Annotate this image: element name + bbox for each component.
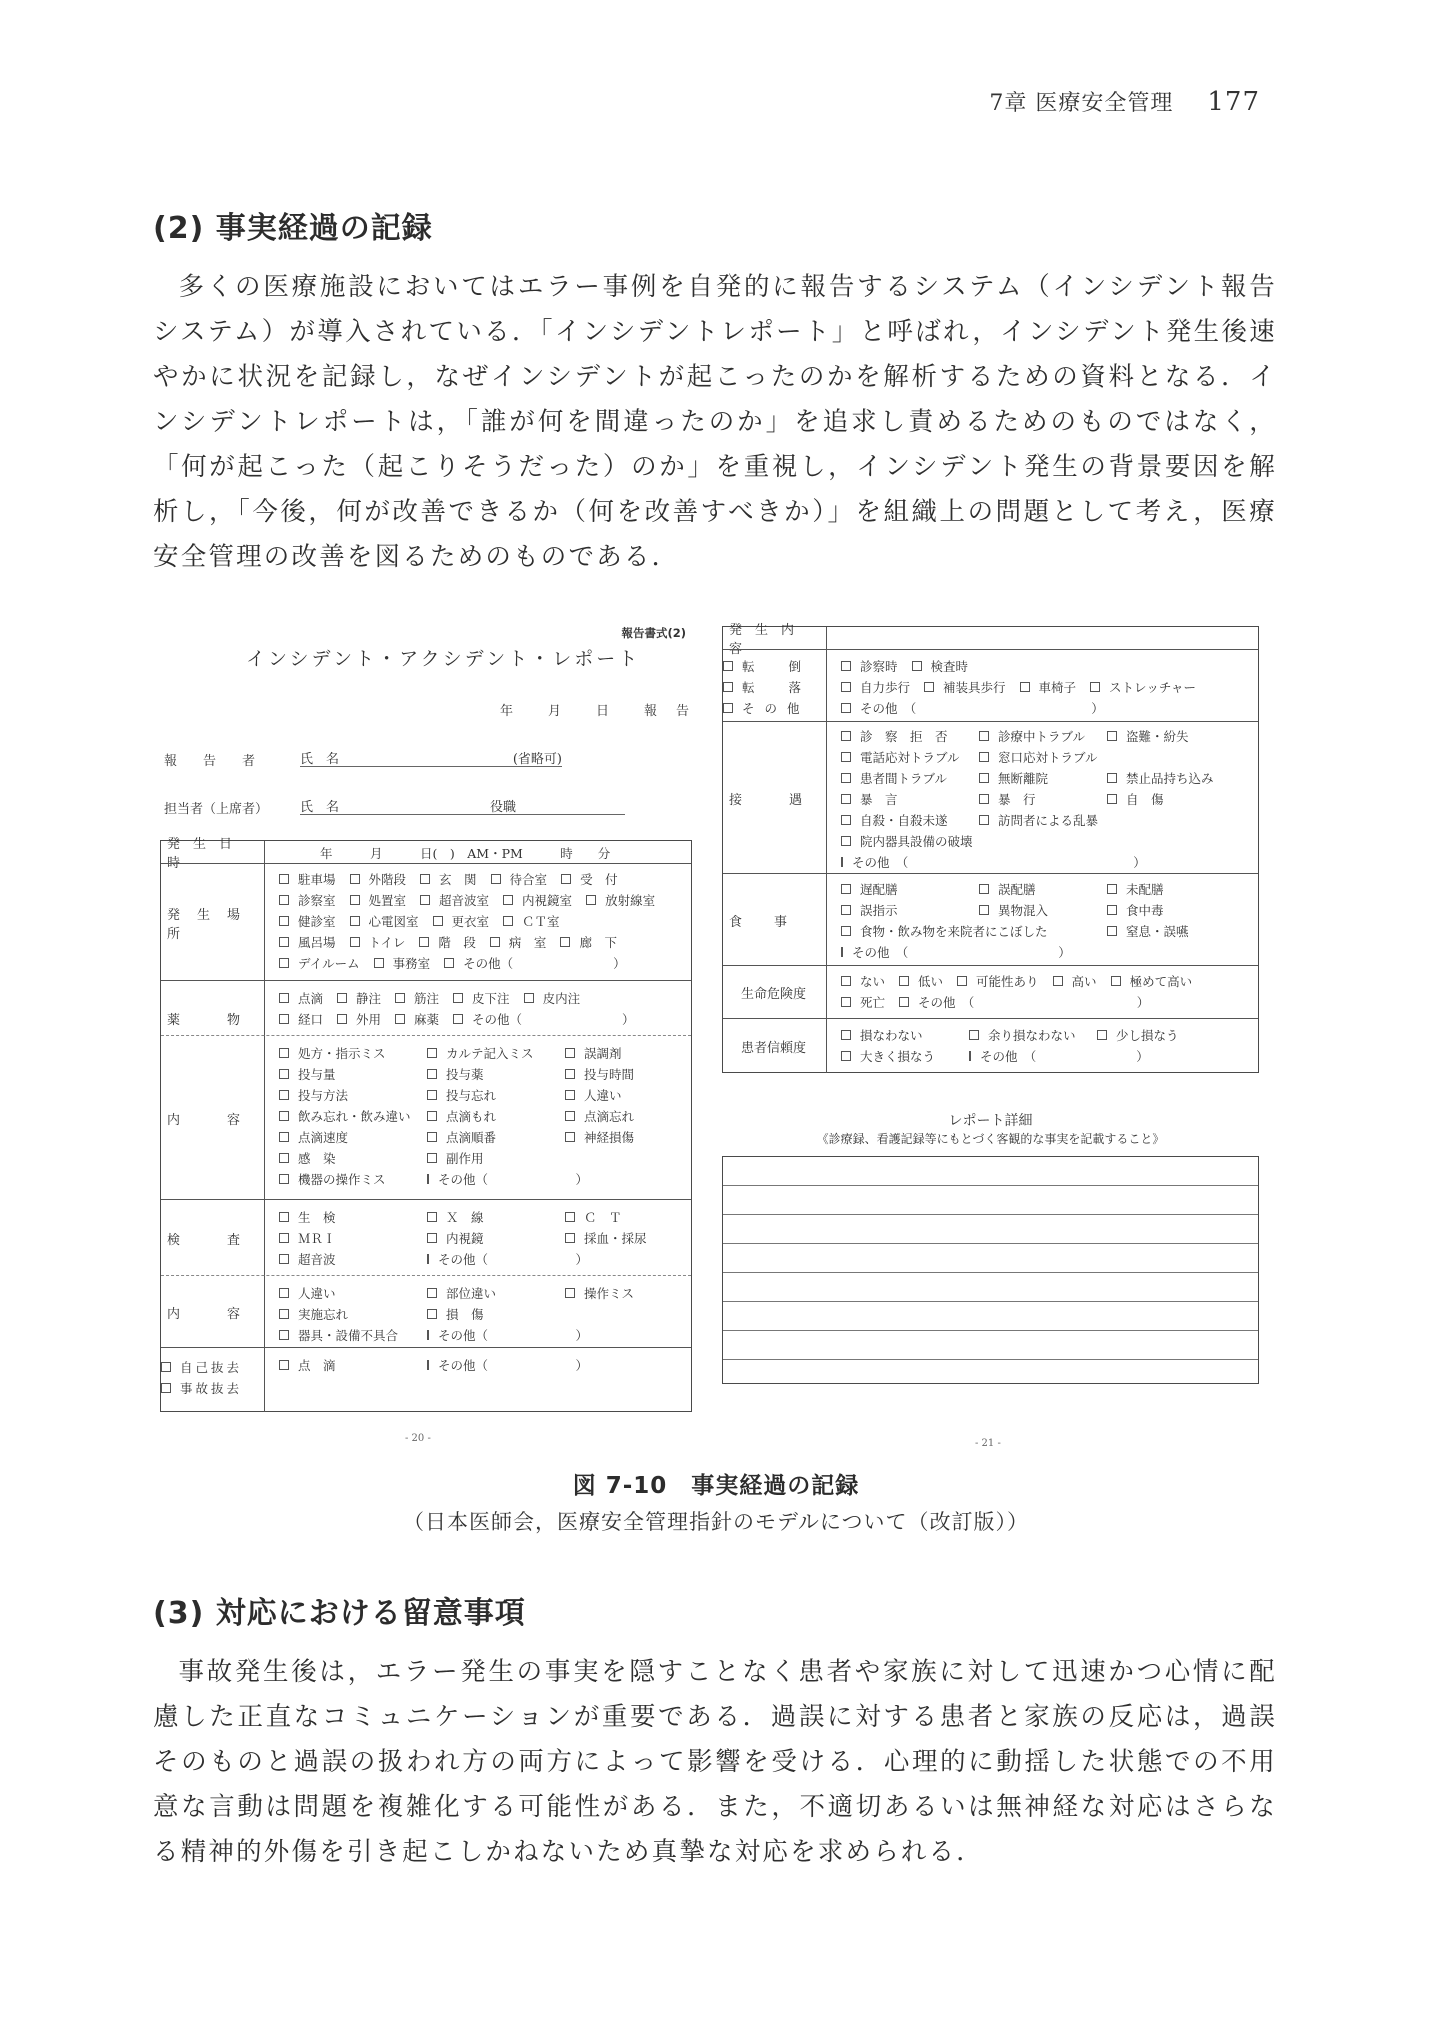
checkbox-icon[interactable] <box>841 703 851 713</box>
checkbox-icon[interactable] <box>979 815 989 825</box>
checkbox-option[interactable]: 遅配膳 <box>841 880 979 898</box>
checkbox-option[interactable]: 健診室 <box>279 912 336 930</box>
detail-writing-line[interactable] <box>723 1244 1258 1273</box>
option-label: 駐車場 <box>298 870 336 888</box>
checkbox-icon[interactable] <box>723 703 733 713</box>
checkbox-icon[interactable] <box>279 1153 289 1163</box>
row-patient-trust: 患者信頼度 損なわない余り損なわない少し損なう大きく損なうその他 （ ） <box>723 1018 1258 1073</box>
checkbox-option[interactable]: 未配膳 <box>1107 880 1164 898</box>
checkbox-option[interactable]: ＭＲＩ <box>279 1229 427 1247</box>
checkbox-icon[interactable] <box>490 937 500 947</box>
checkbox-icon[interactable] <box>279 1014 289 1024</box>
checkbox-option[interactable]: 低い <box>899 972 943 990</box>
checkbox-option[interactable]: 院内器具設備の破壊 <box>841 832 979 850</box>
checkbox-option[interactable]: 投与薬 <box>427 1065 565 1083</box>
checkbox-icon[interactable] <box>453 993 463 1003</box>
checkbox-icon[interactable] <box>279 1090 289 1100</box>
checkbox-option[interactable]: 誤配膳 <box>979 880 1107 898</box>
checkbox-option[interactable]: 禁止品持ち込み <box>1107 769 1214 787</box>
life-risk-options: ない低い可能性あり高い極めて高い死亡その他 （ ） <box>827 966 1258 1019</box>
checkbox-icon[interactable] <box>279 1288 289 1298</box>
detail-writing-line[interactable] <box>723 1215 1258 1244</box>
option-line: 点滴速度点滴順番神経損傷 <box>279 1126 691 1147</box>
checkbox-option[interactable]: 極めて高い <box>1111 972 1193 990</box>
option-label: 極めて高い <box>1130 972 1193 990</box>
checkbox-icon[interactable] <box>427 1288 437 1298</box>
detail-writing-line[interactable] <box>723 1273 1258 1302</box>
checkbox-option[interactable]: その他（ ） <box>444 954 626 972</box>
checkbox-icon[interactable] <box>924 682 934 692</box>
checkbox-icon[interactable] <box>899 976 909 986</box>
option-label: 自 傷 <box>1126 790 1164 808</box>
checkbox-option[interactable]: 風呂場 <box>279 933 336 951</box>
checkbox-icon[interactable] <box>524 993 534 1003</box>
checkbox-option[interactable]: 自殺・自殺未遂 <box>841 811 979 829</box>
checkbox-option[interactable]: 外階段 <box>350 870 407 888</box>
checkbox-icon[interactable] <box>1020 682 1030 692</box>
checkbox-icon[interactable] <box>979 752 989 762</box>
checkbox-option[interactable]: 点 滴 <box>279 1356 427 1374</box>
checkbox-icon[interactable] <box>503 916 513 926</box>
checkbox-icon[interactable] <box>565 1069 575 1079</box>
checkbox-icon[interactable] <box>979 731 989 741</box>
checkbox-option[interactable]: 投与忘れ <box>427 1086 565 1104</box>
checkbox-icon[interactable] <box>279 1174 289 1184</box>
checkbox-icon[interactable] <box>374 958 384 968</box>
checkbox-icon[interactable] <box>427 1360 429 1370</box>
checkbox-option[interactable]: 生 検 <box>279 1208 427 1226</box>
checkbox-option[interactable]: 投与方法 <box>279 1086 427 1104</box>
option-label: その他（ ） <box>438 1170 588 1188</box>
checkbox-option[interactable]: 超音波室 <box>420 891 489 909</box>
checkbox-option[interactable]: 自 傷 <box>1107 790 1164 808</box>
option-line: 診察時検査時 <box>841 655 1258 676</box>
checkbox-icon[interactable] <box>1107 731 1117 741</box>
checkbox-icon[interactable] <box>350 895 360 905</box>
checkbox-option[interactable]: 人違い <box>565 1086 622 1104</box>
checkbox-icon[interactable] <box>979 794 989 804</box>
checkbox-option[interactable]: 点滴もれ <box>427 1107 565 1125</box>
checkbox-option[interactable]: 実施忘れ <box>279 1305 427 1323</box>
option-label: 廊 下 <box>579 933 617 951</box>
checkbox-option[interactable]: 大きく損なう <box>841 1047 969 1065</box>
checkbox-icon[interactable] <box>279 916 289 926</box>
checkbox-option[interactable]: 診 察 拒 否 <box>841 727 979 745</box>
checkbox-icon[interactable] <box>969 1051 971 1061</box>
checkbox-icon[interactable] <box>841 976 851 986</box>
checkbox-option[interactable]: その他（ ） <box>427 1356 565 1374</box>
checkbox-icon[interactable] <box>841 661 851 671</box>
report-detail-textarea[interactable] <box>722 1156 1259 1384</box>
checkbox-option[interactable]: 部位違い <box>427 1284 565 1302</box>
checkbox-option[interactable]: 飲み忘れ・飲み違い <box>279 1107 427 1125</box>
checkbox-icon[interactable] <box>1111 976 1121 986</box>
checkbox-option[interactable]: 点滴 <box>279 989 323 1007</box>
checkbox-option[interactable]: 患者間トラブル <box>841 769 979 787</box>
option-label: 異物混入 <box>998 901 1048 919</box>
option-label: 窓口応対トラブル <box>998 748 1098 766</box>
checkbox-option[interactable]: 筋注 <box>395 989 439 1007</box>
checkbox-option[interactable]: 食中毒 <box>1107 901 1164 919</box>
checkbox-icon[interactable] <box>565 1048 575 1058</box>
option-line: 健診室心電図室更衣室ＣＴ室 <box>279 910 691 931</box>
checkbox-option[interactable]: 損 傷 <box>427 1305 565 1323</box>
checkbox-icon[interactable] <box>979 905 989 915</box>
option-line: 経口外用麻薬その他（ ） <box>279 1008 691 1029</box>
checkbox-icon[interactable] <box>841 926 851 936</box>
option-label: 補装具歩行 <box>943 678 1006 696</box>
detail-writing-line[interactable] <box>723 1186 1258 1215</box>
option-line: 暴 言暴 行自 傷 <box>841 788 1258 809</box>
checkbox-icon[interactable] <box>1097 1030 1107 1040</box>
checkbox-icon[interactable] <box>427 1309 437 1319</box>
row-label: 食 事 <box>723 874 827 966</box>
option-label: 神経損傷 <box>584 1128 634 1146</box>
detail-writing-line[interactable] <box>723 1331 1258 1360</box>
section-3-body: 事故発生後は，エラー発生の事実を隠すことなく患者や家族に対して迅速かつ心情に配慮… <box>153 1650 1277 1875</box>
checkbox-option[interactable]: 副作用 <box>427 1149 565 1167</box>
checkbox-option[interactable]: 人違い <box>279 1284 427 1302</box>
checkbox-option[interactable]: 事務室 <box>374 954 431 972</box>
row-occurrence-datetime: 発 生 日 時 年 月 日( ) AM・PM 時 分 <box>161 841 691 863</box>
checkbox-icon[interactable] <box>841 731 851 741</box>
detail-writing-line[interactable] <box>723 1157 1258 1186</box>
checkbox-option[interactable]: その他（ ） <box>427 1170 565 1188</box>
checkbox-option[interactable]: 超音波 <box>279 1250 427 1268</box>
checkbox-icon[interactable] <box>586 895 596 905</box>
checkbox-option[interactable]: その他 （ ） <box>841 943 979 961</box>
checkbox-icon[interactable] <box>453 1014 463 1024</box>
checkbox-option[interactable]: 診察時 <box>841 657 898 675</box>
row-meal: 食 事 遅配膳誤配膳未配膳誤指示異物混入食中毒食物・飲み物を来院者にこぼした窒息… <box>723 873 1258 966</box>
option-line: ＭＲＩ内視鏡採血・採尿 <box>279 1227 691 1248</box>
checkbox-icon[interactable] <box>565 1111 575 1121</box>
checkbox-option[interactable]: 内視鏡 <box>427 1229 565 1247</box>
checkbox-icon[interactable] <box>427 1069 437 1079</box>
checkbox-option[interactable]: 心電図室 <box>350 912 419 930</box>
checkbox-option[interactable]: 食物・飲み物を来院者にこぼした <box>841 922 1107 940</box>
checkbox-option[interactable]: カルテ記入ミス <box>427 1044 565 1062</box>
checkbox-icon[interactable] <box>565 1212 575 1222</box>
checkbox-icon[interactable] <box>565 1090 575 1100</box>
checkbox-option[interactable]: 事故抜去 <box>161 1377 242 1398</box>
checkbox-icon[interactable] <box>1107 884 1117 894</box>
option-label: 放射線室 <box>605 891 655 909</box>
checkbox-icon[interactable] <box>841 857 843 867</box>
form-page-number-left: - 20 - <box>405 1433 431 1444</box>
checkbox-icon[interactable] <box>841 815 851 825</box>
checkbox-icon[interactable] <box>427 1111 437 1121</box>
checkbox-icon[interactable] <box>723 682 733 692</box>
checkbox-icon[interactable] <box>1107 926 1117 936</box>
checkbox-option[interactable]: その他（ ） <box>453 1010 635 1028</box>
option-label: 受 付 <box>580 870 618 888</box>
checkbox-option[interactable]: 内視鏡室 <box>503 891 572 909</box>
checkbox-icon[interactable] <box>565 1132 575 1142</box>
checkbox-icon[interactable] <box>279 1360 289 1370</box>
option-label: 患者間トラブル <box>860 769 947 787</box>
row-label: 薬 物 <box>161 981 265 1036</box>
form-title: インシデント・アクシデント・レポート <box>246 644 640 671</box>
checkbox-option[interactable]: 自力歩行 <box>841 678 910 696</box>
reporter-name-field[interactable]: 氏 名 (省略可) <box>300 748 562 767</box>
checkbox-icon[interactable] <box>279 958 289 968</box>
checkbox-icon[interactable] <box>1107 773 1117 783</box>
checkbox-option[interactable]: 異物混入 <box>979 901 1107 919</box>
checkbox-option[interactable]: 電話応対トラブル <box>841 748 979 766</box>
checkbox-icon[interactable] <box>969 1030 979 1040</box>
option-label: 心電図室 <box>369 912 419 930</box>
checkbox-icon[interactable] <box>561 874 571 884</box>
checkbox-option[interactable]: 点滴速度 <box>279 1128 427 1146</box>
option-label: 投与時間 <box>584 1065 634 1083</box>
option-label: 点 滴 <box>298 1356 336 1374</box>
checkbox-option[interactable]: 補装具歩行 <box>924 678 1006 696</box>
checkbox-option[interactable]: 診察室 <box>279 891 336 909</box>
checkbox-icon[interactable] <box>427 1048 437 1058</box>
checkbox-option[interactable]: 皮内注 <box>524 989 581 1007</box>
checkbox-option[interactable]: 車椅子 <box>1020 678 1077 696</box>
checkbox-option[interactable]: 待合室 <box>491 870 548 888</box>
checkbox-option[interactable]: 誤指示 <box>841 901 979 919</box>
checkbox-option[interactable]: 点滴忘れ <box>565 1107 634 1125</box>
checkbox-option[interactable]: 感 染 <box>279 1149 427 1167</box>
checkbox-icon[interactable] <box>1090 682 1100 692</box>
checkbox-icon[interactable] <box>395 993 405 1003</box>
row-label: 接 遇 <box>723 722 827 874</box>
checkbox-icon[interactable] <box>427 1090 437 1100</box>
fall-labels: 転 倒転 落そ の 他 <box>723 650 827 722</box>
checkbox-icon[interactable] <box>444 958 454 968</box>
checkbox-option[interactable]: 転 落 <box>723 676 804 697</box>
checkbox-option[interactable]: 駐車場 <box>279 870 336 888</box>
checkbox-icon[interactable] <box>841 905 851 915</box>
checkbox-option[interactable]: 投与量 <box>279 1065 427 1083</box>
checkbox-icon[interactable] <box>427 1212 437 1222</box>
checkbox-option[interactable]: 投与時間 <box>565 1065 634 1083</box>
row-header: 発 生 内 容 <box>723 627 1258 649</box>
checkbox-icon[interactable] <box>565 1233 575 1243</box>
checkbox-icon[interactable] <box>279 895 289 905</box>
checkbox-option[interactable]: 点滴順番 <box>427 1128 565 1146</box>
checkbox-option[interactable]: Ｘ 線 <box>427 1208 565 1226</box>
checkbox-option[interactable]: 病 室 <box>490 933 547 951</box>
datetime-field[interactable]: 年 月 日( ) AM・PM 時 分 <box>265 841 691 863</box>
detail-writing-line[interactable] <box>723 1360 1258 1388</box>
checkbox-icon[interactable] <box>161 1362 171 1372</box>
checkbox-icon[interactable] <box>337 1014 347 1024</box>
checkbox-icon[interactable] <box>979 773 989 783</box>
option-label: その他 （ ） <box>918 993 1149 1011</box>
section-heading-2: (2) 事実経過の記録 <box>153 203 433 247</box>
checkbox-icon[interactable] <box>723 661 733 671</box>
checkbox-option[interactable]: その他 （ ） <box>841 853 979 871</box>
exam-options: 生 検Ｘ 線Ｃ ＴＭＲＩ内視鏡採血・採尿超音波その他（ ） <box>265 1200 691 1276</box>
option-label: 人違い <box>584 1086 622 1104</box>
checkbox-option[interactable]: 誤調剤 <box>565 1044 622 1062</box>
checkbox-icon[interactable] <box>350 937 360 947</box>
checkbox-option[interactable]: デイルーム <box>279 954 360 972</box>
checkbox-option[interactable]: 操作ミス <box>565 1284 634 1302</box>
checkbox-icon[interactable] <box>433 916 443 926</box>
checkbox-option[interactable]: 機器の操作ミス <box>279 1170 427 1188</box>
checkbox-option[interactable]: その他（ ） <box>427 1250 565 1268</box>
checkbox-option[interactable]: 処置室 <box>350 891 407 909</box>
checkbox-icon[interactable] <box>427 1132 437 1142</box>
checkbox-option[interactable]: 処方・指示ミス <box>279 1044 427 1062</box>
header-blank <box>827 627 1258 649</box>
checkbox-option[interactable]: 採血・採尿 <box>565 1229 647 1247</box>
checkbox-icon[interactable] <box>841 752 851 762</box>
checkbox-option[interactable]: ＣＴ室 <box>503 912 560 930</box>
checkbox-option[interactable]: 窒息・誤嚥 <box>1107 922 1235 940</box>
checkbox-icon[interactable] <box>841 794 851 804</box>
checkbox-icon[interactable] <box>899 997 909 1007</box>
checkbox-icon[interactable] <box>279 937 289 947</box>
checkbox-icon[interactable] <box>503 895 513 905</box>
checkbox-icon[interactable] <box>841 884 851 894</box>
checkbox-option[interactable]: 外用 <box>337 1010 381 1028</box>
checkbox-icon[interactable] <box>279 874 289 884</box>
checkbox-icon[interactable] <box>350 916 360 926</box>
contact-options: 診 察 拒 否診療中トラブル盗難・紛失電話応対トラブル窓口応対トラブル患者間トラ… <box>827 722 1258 874</box>
checkbox-option[interactable]: その他 （ ） <box>841 699 1104 717</box>
option-label: 盗難・紛失 <box>1126 727 1189 745</box>
checkbox-option[interactable]: 損なわない <box>841 1026 969 1044</box>
checkbox-icon[interactable] <box>350 874 360 884</box>
checkbox-option[interactable]: その他 （ ） <box>969 1047 1097 1065</box>
checkbox-icon[interactable] <box>841 1051 851 1061</box>
checkbox-option[interactable]: 高い <box>1053 972 1097 990</box>
checkbox-option[interactable]: 廊 下 <box>560 933 617 951</box>
checkbox-option[interactable]: 余り損なわない <box>969 1026 1097 1044</box>
checkbox-icon[interactable] <box>337 993 347 1003</box>
checkbox-option[interactable]: 放射線室 <box>586 891 655 909</box>
checkbox-option[interactable]: 無断離院 <box>979 769 1107 787</box>
option-line: 駐車場外階段玄 関待合室受 付 <box>279 868 691 889</box>
option-label: 事故抜去 <box>180 1379 242 1397</box>
checkbox-option[interactable]: 転 倒 <box>723 655 804 676</box>
checkbox-icon[interactable] <box>491 874 501 884</box>
checkbox-icon[interactable] <box>1107 905 1117 915</box>
checkbox-icon[interactable] <box>560 937 570 947</box>
supervisor-name-field[interactable]: 氏 名 役職 <box>300 796 625 815</box>
checkbox-option[interactable]: ストレッチャー <box>1090 678 1196 696</box>
checkbox-icon[interactable] <box>420 874 430 884</box>
checkbox-icon[interactable] <box>841 997 851 1007</box>
checkbox-option[interactable]: 少し損なう <box>1097 1026 1179 1044</box>
figure-caption: 図 7-10 事実経過の記録 <box>0 1467 1432 1500</box>
row-label: 内 容 <box>161 1276 265 1348</box>
checkbox-option[interactable]: その他 （ ） <box>899 993 1149 1011</box>
checkbox-icon[interactable] <box>420 895 430 905</box>
checkbox-option[interactable]: 訪問者による乱暴 <box>979 811 1107 829</box>
option-label: 静注 <box>356 989 381 1007</box>
checkbox-option[interactable]: ない <box>841 972 885 990</box>
checkbox-option[interactable]: 自己抜去 <box>161 1356 242 1377</box>
checkbox-icon[interactable] <box>957 976 967 986</box>
checkbox-icon[interactable] <box>279 1069 289 1079</box>
checkbox-icon[interactable] <box>161 1383 171 1393</box>
checkbox-option[interactable]: 器具・設備不具合 <box>279 1326 427 1344</box>
checkbox-option[interactable]: 皮下注 <box>453 989 510 1007</box>
checkbox-icon[interactable] <box>427 1254 429 1264</box>
checkbox-icon[interactable] <box>427 1153 437 1163</box>
checkbox-icon[interactable] <box>279 1330 289 1340</box>
checkbox-icon[interactable] <box>279 1111 289 1121</box>
checkbox-icon[interactable] <box>841 682 851 692</box>
checkbox-icon[interactable] <box>979 884 989 894</box>
option-label: 電話応対トラブル <box>860 748 960 766</box>
trust-options: 損なわない余り損なわない少し損なう大きく損なうその他 （ ） <box>827 1019 1258 1073</box>
option-label: 副作用 <box>446 1149 484 1167</box>
checkbox-icon[interactable] <box>841 1030 851 1040</box>
checkbox-option[interactable]: そ の 他 <box>723 697 802 718</box>
checkbox-icon[interactable] <box>912 661 922 671</box>
option-line: 器具・設備不具合その他（ ） <box>279 1324 691 1345</box>
checkbox-option[interactable]: 静注 <box>337 989 381 1007</box>
checkbox-option[interactable]: 暴 言 <box>841 790 979 808</box>
option-line: 食物・飲み物を来院者にこぼした窒息・誤嚥 <box>841 920 1258 941</box>
option-label: 診察室 <box>298 891 336 909</box>
checkbox-option[interactable]: 検査時 <box>912 657 969 675</box>
checkbox-option[interactable]: 階 段 <box>419 933 476 951</box>
row-exam: 検 査 生 検Ｘ 線Ｃ ＴＭＲＩ内視鏡採血・採尿超音波その他（ ） <box>161 1199 691 1276</box>
checkbox-option[interactable]: トイレ <box>350 933 406 951</box>
checkbox-option[interactable]: Ｃ Ｔ <box>565 1208 622 1226</box>
detail-writing-line[interactable] <box>723 1302 1258 1331</box>
checkbox-icon[interactable] <box>427 1233 437 1243</box>
checkbox-option[interactable]: その他（ ） <box>427 1326 565 1344</box>
option-label: 飲み忘れ・飲み違い <box>298 1107 411 1125</box>
checkbox-icon[interactable] <box>279 1212 289 1222</box>
checkbox-option[interactable]: 玄 関 <box>420 870 477 888</box>
checkbox-icon[interactable] <box>279 1254 289 1264</box>
checkbox-option[interactable]: 窓口応対トラブル <box>979 748 1107 766</box>
checkbox-icon[interactable] <box>841 836 851 846</box>
checkbox-icon[interactable] <box>1053 976 1063 986</box>
checkbox-icon[interactable] <box>395 1014 405 1024</box>
option-label: 余り損なわない <box>988 1026 1076 1044</box>
checkbox-icon[interactable] <box>841 947 843 957</box>
checkbox-option[interactable]: 受 付 <box>561 870 618 888</box>
checkbox-option[interactable]: 更衣室 <box>433 912 490 930</box>
checkbox-icon[interactable] <box>279 1132 289 1142</box>
checkbox-icon[interactable] <box>841 773 851 783</box>
checkbox-icon[interactable] <box>427 1174 429 1184</box>
checkbox-option[interactable]: 診療中トラブル <box>979 727 1107 745</box>
checkbox-icon[interactable] <box>419 937 429 947</box>
checkbox-icon[interactable] <box>427 1330 429 1340</box>
checkbox-option[interactable]: 麻薬 <box>395 1010 439 1028</box>
option-label: 外用 <box>356 1010 381 1028</box>
checkbox-option[interactable]: 可能性あり <box>957 972 1039 990</box>
checkbox-icon[interactable] <box>565 1288 575 1298</box>
option-label: 点滴忘れ <box>584 1107 634 1125</box>
checkbox-icon[interactable] <box>279 1048 289 1058</box>
removal-options: 点 滴その他（ ） <box>265 1348 691 1412</box>
checkbox-option[interactable]: 経口 <box>279 1010 323 1028</box>
checkbox-option[interactable]: 盗難・紛失 <box>1107 727 1189 745</box>
checkbox-icon[interactable] <box>279 1233 289 1243</box>
checkbox-option[interactable]: 神経損傷 <box>565 1128 634 1146</box>
option-line: その他 （ ） <box>841 697 1258 718</box>
checkbox-option[interactable]: 暴 行 <box>979 790 1107 808</box>
checkbox-icon[interactable] <box>279 993 289 1003</box>
checkbox-option[interactable]: 死亡 <box>841 993 885 1011</box>
checkbox-icon[interactable] <box>279 1309 289 1319</box>
checkbox-icon[interactable] <box>1107 794 1117 804</box>
